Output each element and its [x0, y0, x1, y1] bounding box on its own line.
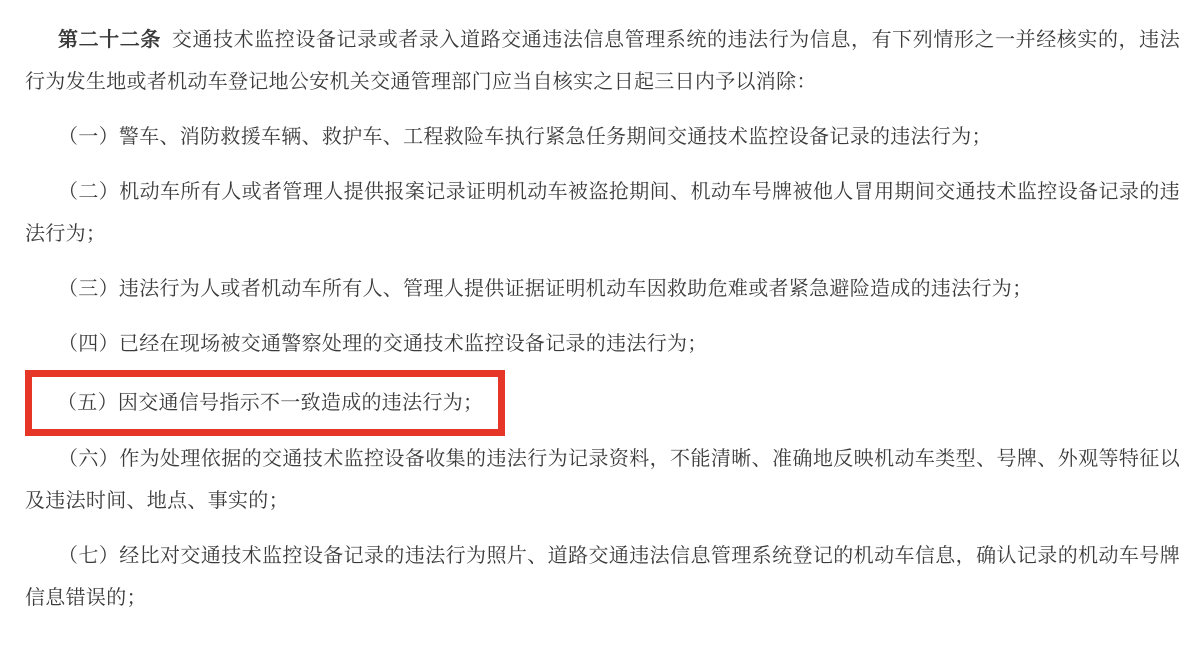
highlight-box: （五）因交通信号指示不一致造成的违法行为；	[25, 370, 505, 436]
article-item: （七）经比对交通技术监控设备记录的违法行为照片、道路交通违法信息管理系统登记的机…	[25, 535, 1180, 619]
article-item: （三）违法行为人或者机动车所有人、管理人提供证据证明机动车因救助危难或者紧急避险…	[25, 268, 1180, 310]
article-items: （一）警车、消防救援车辆、救护车、工程救险车执行紧急任务期间交通技术监控设备记录…	[25, 116, 1180, 619]
article-item: （二）机动车所有人或者管理人提供报案记录证明机动车被盗抢期间、机动车号牌被他人冒…	[25, 171, 1180, 255]
article-item: （五）因交通信号指示不一致造成的违法行为；	[32, 382, 498, 424]
article-item: （四）已经在现场被交通警察处理的交通技术监控设备记录的违法行为；	[25, 323, 1180, 365]
document-page: 第二十二条交通技术监控设备记录或者录入道路交通违法信息管理系统的违法行为信息，有…	[0, 0, 1200, 646]
article-intro-text: 交通技术监控设备记录或者录入道路交通违法信息管理系统的违法行为信息，有下列情形之…	[25, 29, 1180, 93]
article-intro-paragraph: 第二十二条交通技术监控设备记录或者录入道路交通违法信息管理系统的违法行为信息，有…	[25, 19, 1180, 103]
article-item: （一）警车、消防救援车辆、救护车、工程救险车执行紧急任务期间交通技术监控设备记录…	[25, 116, 1180, 158]
article-item: （六）作为处理依据的交通技术监控设备收集的违法行为记录资料，不能清晰、准确地反映…	[25, 438, 1180, 522]
article-number: 第二十二条	[58, 29, 161, 51]
